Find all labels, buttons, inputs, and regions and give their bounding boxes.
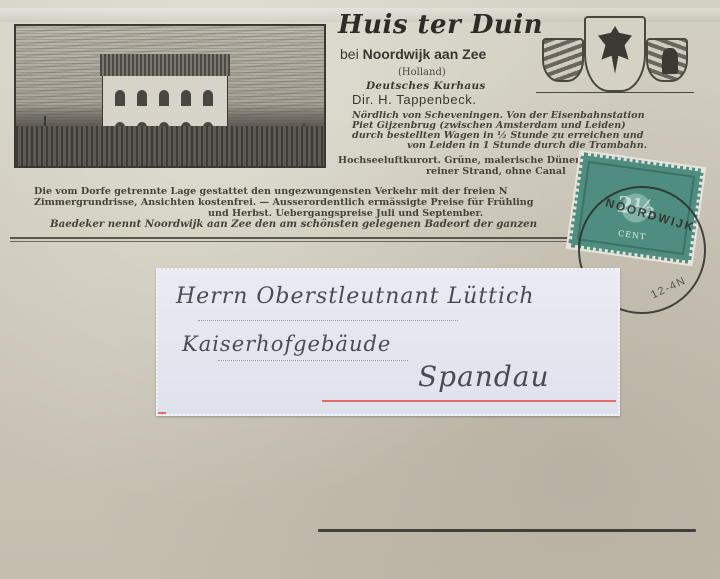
crest-base-line [536,92,694,93]
lion-icon [662,48,678,74]
directions-text: Nördlich von Scheveningen. Von der Eisen… [352,111,702,151]
address-building: Kaiserhofgebäude [182,332,391,356]
body-line-1: Die vom Dorfe getrennte Lage gestattet d… [34,186,507,197]
directions-line: von Leiden in 1 Stunde durch die Trambah… [352,141,702,151]
resort-line-2: reiner Strand, ohne Canal [426,166,566,177]
engraving-ground [16,126,324,166]
address-city: Spandau [418,360,549,393]
red-margin-tick [158,412,166,414]
window [181,90,191,106]
window [203,90,213,106]
header-double-rule [10,237,570,242]
kurhaus-label: Deutsches Kurhaus [366,80,486,92]
body-line-2: Zimmergrundrisse, Ansichten kostenfrei. … [34,197,533,208]
coat-of-arms [536,12,694,100]
address-rule [318,529,696,532]
location-subtitle: bei Noordwijk aan Zee [340,46,486,62]
country-label: (Holland) [398,67,446,78]
window [137,90,147,106]
dotted-guide-line [218,360,408,361]
building-roof [100,54,230,76]
baedeker-quote: Baedeker nennt Noordwijk aan Zee den am … [50,218,537,230]
subtitle-prefix: bei [340,46,359,62]
dotted-guide-line [198,320,458,321]
city-red-underline [322,400,616,402]
left-shield-icon [542,38,584,82]
hotel-engraving [14,24,326,168]
address-recipient: Herrn Oberstleutnant Lüttich [176,284,535,309]
window [115,90,125,106]
address-label: Herrn Oberstleutnant Lüttich Kaiserhofge… [156,268,620,416]
subtitle-place: Noordwijk aan Zee [363,46,487,62]
hotel-title: Huis ter Duin [338,10,543,40]
director-name: Dir. H. Tappenbeck. [352,92,477,107]
window [159,90,169,106]
